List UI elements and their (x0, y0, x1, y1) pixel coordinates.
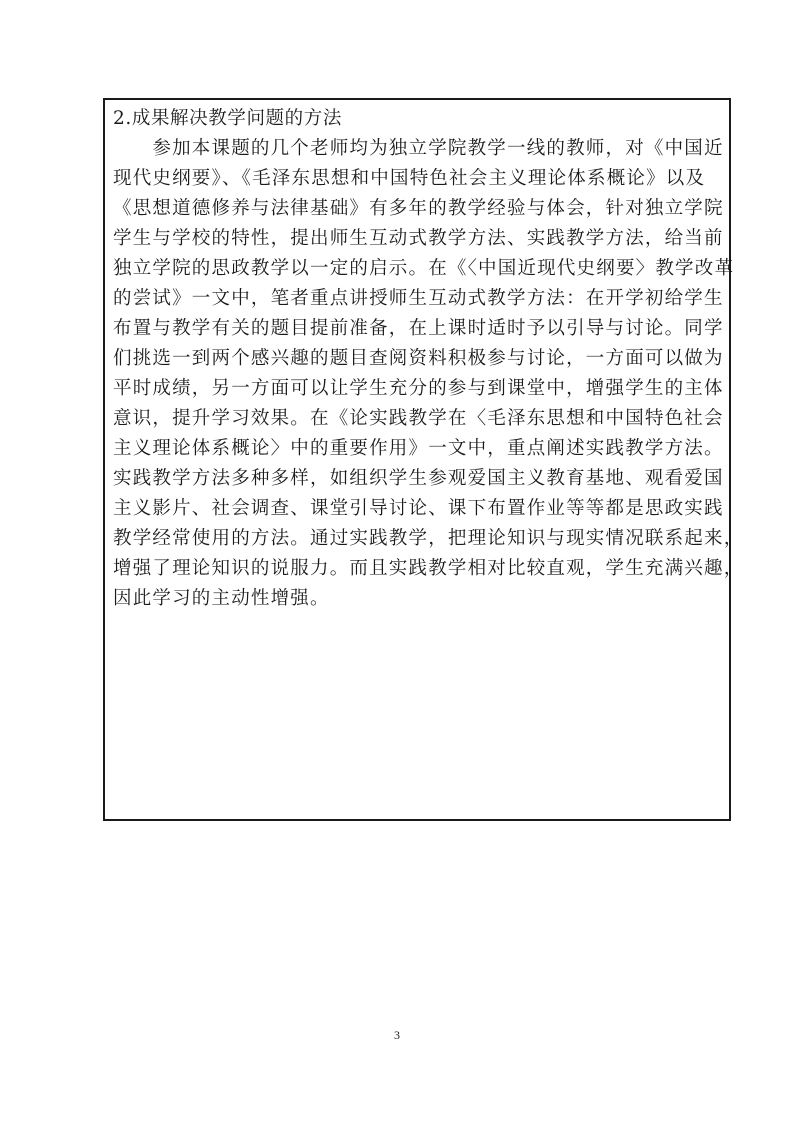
paragraph-line: 参加本课题的几个老师均为独立学院教学一线的教师，对《中国近 (113, 134, 725, 164)
paragraph-line: 意识，提升学习效果。在《论实践教学在〈毛泽东思想和中国特色社会 (113, 404, 725, 434)
paragraph-line: 独立学院的思政教学以一定的启示。在《〈中国近现代史纲要〉教学改革 (113, 254, 725, 284)
paragraph-line: 布置与教学有关的题目提前准备，在上课时适时予以引导与讨论。同学 (113, 314, 725, 344)
page-number: 3 (0, 1028, 794, 1043)
section-body: 2.成果解决教学问题的方法 参加本课题的几个老师均为独立学院教学一线的教师，对《… (113, 104, 725, 614)
paragraph-line: 现代史纲要》、《毛泽东思想和中国特色社会主义理论体系概论》以及 (113, 164, 725, 194)
paragraph-line: 《思想道德修养与法律基础》有多年的教学经验与体会，针对独立学院 (113, 194, 725, 224)
paragraph-line: 教学经常使用的方法。通过实践教学，把理论知识与现实情况联系起来， (113, 524, 725, 554)
paragraph-line: 实践教学方法多种多样，如组织学生参观爱国主义教育基地、观看爱国 (113, 464, 725, 494)
paragraph-line: 们挑选一到两个感兴趣的题目查阅资料积极参与讨论，一方面可以做为 (113, 344, 725, 374)
paragraph-line: 学生与学校的特性，提出师生互动式教学方法、实践教学方法，给当前 (113, 224, 725, 254)
paragraph-line: 平时成绩，另一方面可以让学生充分的参与到课堂中，增强学生的主体 (113, 374, 725, 404)
content-box: 2.成果解决教学问题的方法 参加本课题的几个老师均为独立学院教学一线的教师，对《… (103, 98, 731, 821)
section-heading: 2.成果解决教学问题的方法 (113, 104, 725, 134)
paragraph-line: 增强了理论知识的说服力。而且实践教学相对比较直观，学生充满兴趣， (113, 554, 725, 584)
paragraph-line: 因此学习的主动性增强。 (113, 584, 725, 614)
paragraph-line: 主义影片、社会调查、课堂引导讨论、课下布置作业等等都是思政实践 (113, 494, 725, 524)
paragraph-line: 的尝试》一文中，笔者重点讲授师生互动式教学方法：在开学初给学生 (113, 284, 725, 314)
paragraph-line: 主义理论体系概论〉中的重要作用》一文中，重点阐述实践教学方法。 (113, 434, 725, 464)
